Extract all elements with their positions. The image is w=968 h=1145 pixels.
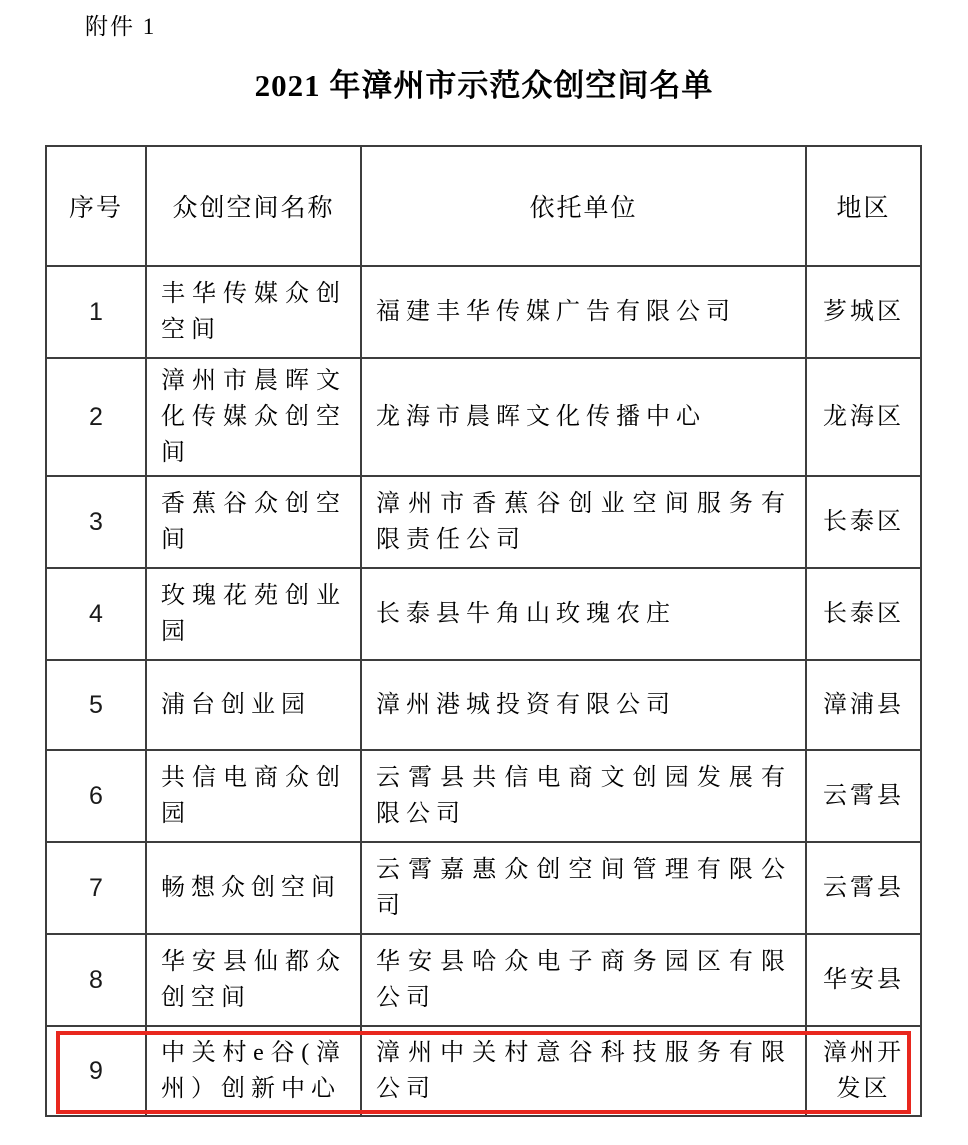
organization-cell: 华安县哈众电子商务园区有限公司 bbox=[361, 934, 806, 1026]
row-number-cell: 8 bbox=[46, 934, 146, 1026]
makerspace-table: 序号 众创空间名称 依托单位 地区 1丰华传媒众创空间福建丰华传媒广告有限公司芗… bbox=[45, 145, 922, 1117]
space-name-cell: 中关村e谷(漳州）创新中心 bbox=[146, 1026, 361, 1116]
row-number-cell: 6 bbox=[46, 750, 146, 842]
table-row: 8华安县仙都众创空间华安县哈众电子商务园区有限公司华安县 bbox=[46, 934, 921, 1026]
table-row: 6共信电商众创园云霄县共信电商文创园发展有限公司云霄县 bbox=[46, 750, 921, 842]
organization-cell: 云霄嘉惠众创空间管理有限公司 bbox=[361, 842, 806, 934]
row-number-cell: 4 bbox=[46, 568, 146, 660]
region-cell: 芗城区 bbox=[806, 266, 921, 358]
table-row: 2漳州市晨晖文化传媒众创空间龙海市晨晖文化传播中心龙海区 bbox=[46, 358, 921, 476]
row-number-cell: 1 bbox=[46, 266, 146, 358]
region-cell: 云霄县 bbox=[806, 842, 921, 934]
organization-cell: 漳州港城投资有限公司 bbox=[361, 660, 806, 750]
space-name-cell: 浦台创业园 bbox=[146, 660, 361, 750]
page-title: 2021 年漳州市示范众创空间名单 bbox=[0, 60, 968, 105]
region-cell: 长泰区 bbox=[806, 476, 921, 568]
space-name-cell: 香蕉谷众创空间 bbox=[146, 476, 361, 568]
organization-cell: 龙海市晨晖文化传播中心 bbox=[361, 358, 806, 476]
region-cell: 龙海区 bbox=[806, 358, 921, 476]
organization-cell: 漳州中关村意谷科技服务有限公司 bbox=[361, 1026, 806, 1116]
header-region: 地区 bbox=[806, 146, 921, 266]
attachment-label: 附件 1 bbox=[85, 8, 156, 41]
region-cell: 漳浦县 bbox=[806, 660, 921, 750]
organization-cell: 云霄县共信电商文创园发展有限公司 bbox=[361, 750, 806, 842]
organization-cell: 漳州市香蕉谷创业空间服务有限责任公司 bbox=[361, 476, 806, 568]
space-name-cell: 华安县仙都众创空间 bbox=[146, 934, 361, 1026]
table-row: 4玫瑰花苑创业园长泰县牛角山玫瑰农庄长泰区 bbox=[46, 568, 921, 660]
organization-cell: 长泰县牛角山玫瑰农庄 bbox=[361, 568, 806, 660]
table-row: 1丰华传媒众创空间福建丰华传媒广告有限公司芗城区 bbox=[46, 266, 921, 358]
space-name-cell: 共信电商众创园 bbox=[146, 750, 361, 842]
space-name-cell: 玫瑰花苑创业园 bbox=[146, 568, 361, 660]
region-cell: 漳州开发区 bbox=[806, 1026, 921, 1116]
table-row: 3香蕉谷众创空间漳州市香蕉谷创业空间服务有限责任公司长泰区 bbox=[46, 476, 921, 568]
row-number-cell: 9 bbox=[46, 1026, 146, 1116]
row-number-cell: 3 bbox=[46, 476, 146, 568]
organization-cell: 福建丰华传媒广告有限公司 bbox=[361, 266, 806, 358]
header-no: 序号 bbox=[46, 146, 146, 266]
region-cell: 云霄县 bbox=[806, 750, 921, 842]
space-name-cell: 漳州市晨晖文化传媒众创空间 bbox=[146, 358, 361, 476]
header-org: 依托单位 bbox=[361, 146, 806, 266]
table-header-row: 序号 众创空间名称 依托单位 地区 bbox=[46, 146, 921, 266]
row-number-cell: 5 bbox=[46, 660, 146, 750]
table-row: 9中关村e谷(漳州）创新中心漳州中关村意谷科技服务有限公司漳州开发区 bbox=[46, 1026, 921, 1116]
row-number-cell: 2 bbox=[46, 358, 146, 476]
table-row: 5浦台创业园漳州港城投资有限公司漳浦县 bbox=[46, 660, 921, 750]
space-name-cell: 畅想众创空间 bbox=[146, 842, 361, 934]
header-name: 众创空间名称 bbox=[146, 146, 361, 266]
region-cell: 长泰区 bbox=[806, 568, 921, 660]
space-name-cell: 丰华传媒众创空间 bbox=[146, 266, 361, 358]
region-cell: 华安县 bbox=[806, 934, 921, 1026]
document-page: 附件 1 2021 年漳州市示范众创空间名单 序号 众创空间名称 依托单位 地区… bbox=[0, 0, 968, 1145]
table-row: 7畅想众创空间云霄嘉惠众创空间管理有限公司云霄县 bbox=[46, 842, 921, 934]
row-number-cell: 7 bbox=[46, 842, 146, 934]
